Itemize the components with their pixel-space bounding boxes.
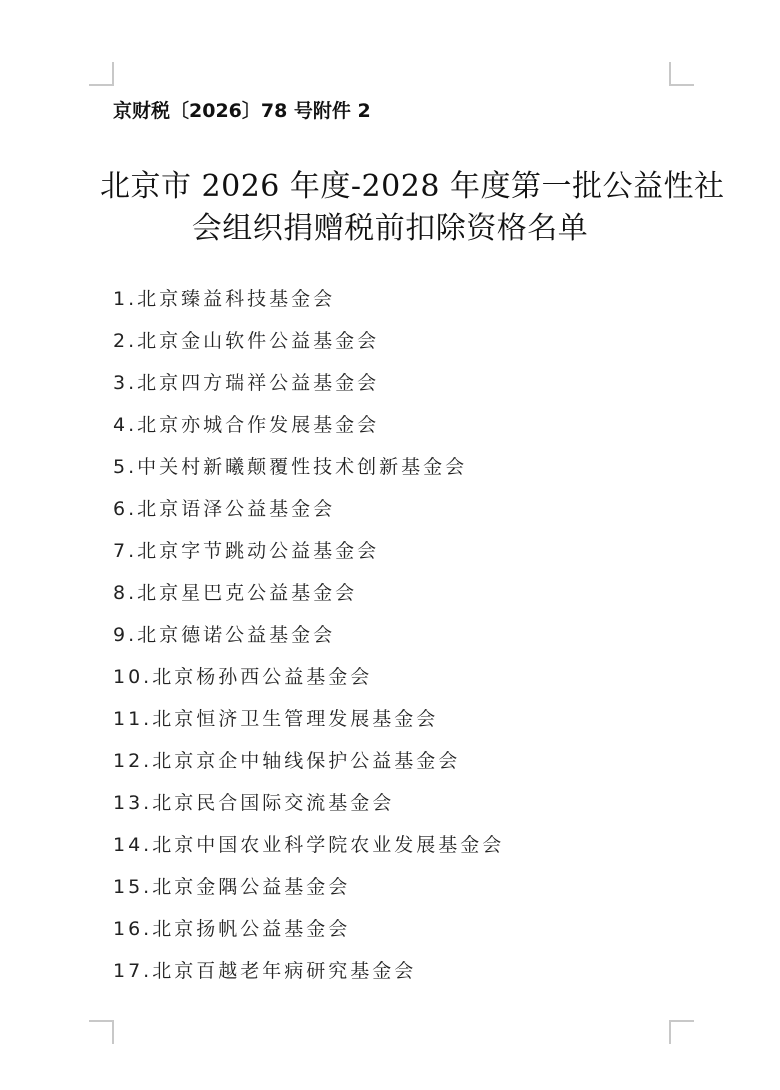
crop-mark-bottom-right-h (669, 1020, 694, 1022)
crop-mark-top-left-h (89, 84, 114, 86)
list-item: 1.北京臻益科技基金会 (113, 284, 504, 326)
list-item: 9.北京德诺公益基金会 (113, 620, 504, 662)
crop-mark-bottom-right-v (669, 1020, 671, 1044)
list-item: 4.北京亦城合作发展基金会 (113, 410, 504, 452)
list-item: 6.北京语泽公益基金会 (113, 494, 504, 536)
organization-list: 1.北京臻益科技基金会 2.北京金山软件公益基金会 3.北京四方瑞祥公益基金会 … (113, 284, 504, 998)
list-item: 3.北京四方瑞祥公益基金会 (113, 368, 504, 410)
list-item: 16.北京扬帆公益基金会 (113, 914, 504, 956)
title-line-2: 会组织捐赠税前扣除资格名单 (100, 208, 680, 250)
list-item: 12.北京京企中轴线保护公益基金会 (113, 746, 504, 788)
crop-mark-bottom-left-v (112, 1020, 114, 1044)
list-item: 10.北京杨孙西公益基金会 (113, 662, 504, 704)
list-item: 13.北京民合国际交流基金会 (113, 788, 504, 830)
document-reference: 京财税〔2026〕78 号附件 2 (113, 96, 371, 123)
title-line-1: 北京市 2026 年度-2028 年度第一批公益性社 (100, 166, 680, 208)
list-item: 7.北京字节跳动公益基金会 (113, 536, 504, 578)
crop-mark-top-left-v (112, 62, 114, 86)
list-item: 15.北京金隅公益基金会 (113, 872, 504, 914)
crop-mark-top-right-h (669, 84, 694, 86)
list-item: 8.北京星巴克公益基金会 (113, 578, 504, 620)
list-item: 14.北京中国农业科学院农业发展基金会 (113, 830, 504, 872)
crop-mark-top-right-v (669, 62, 671, 86)
document-title: 北京市 2026 年度-2028 年度第一批公益性社 会组织捐赠税前扣除资格名单 (100, 166, 680, 250)
list-item: 2.北京金山软件公益基金会 (113, 326, 504, 368)
list-item: 17.北京百越老年病研究基金会 (113, 956, 504, 998)
document-page: 京财税〔2026〕78 号附件 2 北京市 2026 年度-2028 年度第一批… (0, 0, 780, 1090)
list-item: 5.中关村新曦颠覆性技术创新基金会 (113, 452, 504, 494)
crop-mark-bottom-left-h (89, 1020, 114, 1022)
list-item: 11.北京恒济卫生管理发展基金会 (113, 704, 504, 746)
